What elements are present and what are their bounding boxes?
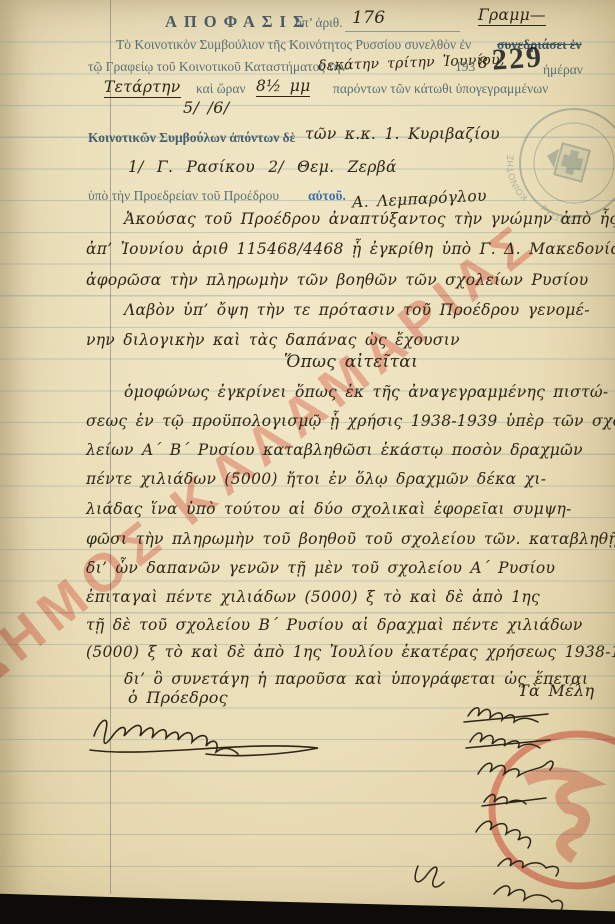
round-blue-stamp: ΚΟΙΝΟΤΗΣ ΡΥΣΣΙΟΥ	[498, 105, 615, 225]
year-printed: 193	[455, 59, 475, 75]
header-line-2-prefix: τῷ Γραφείῳ τοῦ Κοινοτικοῦ Καταστήματος τ…	[88, 59, 347, 75]
body-line: ἀπ’ Ἰουνίου ἀριθ 115468/4468 ᾗ ἐγκρίθη ὑ…	[86, 240, 615, 258]
body-line: λιάδας ἵνα ὑπὸ τούτου αἱ δύο σχολικαὶ ἐφ…	[86, 500, 615, 518]
header-line-3-suffix: παρόντων τῶν κάτωθι ὑπογεγραμμένων	[333, 81, 548, 97]
year-digit-handwritten: 8	[478, 54, 488, 72]
body-line: νην διλογικὴν καὶ τὰς δαπάνας ὡς ἔχουσιν	[86, 331, 615, 349]
presidency-line: ὑπὸ τὴν Προεδρείαν τοῦ Προέδρου	[88, 188, 279, 204]
member-signatures	[398, 698, 615, 913]
svg-text:ΚΟΙΝΟΤΗΣ: ΚΟΙΝΟΤΗΣ	[505, 153, 529, 202]
body-line: ἀφορῶσα τὴν πληρωμὴν τῶν βοηθῶν τῶν σχολ…	[86, 271, 615, 289]
decision-number: 176	[352, 8, 385, 28]
header-line-1: Τὸ Κοινοτικὸν Συμβούλιον τῆς Κοινότητος …	[116, 37, 471, 53]
session-date-handwritten: δεκάτην τρίτην Ἰουνίου,	[318, 52, 505, 75]
decision-number-prefix: ὑπ’ ἀριθ.	[295, 15, 343, 31]
absent-members-handwritten: τῶν κ.κ. 1. Κυριβαζίου	[305, 125, 500, 143]
header-line-3-mid: καὶ ὥραν	[196, 81, 246, 97]
body-line: σεως ἐν τῷ προϋπολογισμῷ ᾗ χρήσις 1938-1…	[86, 412, 615, 430]
session-day-handwritten: Τετάρτην	[104, 78, 181, 98]
body-line: πέντε χιλιάδων (5000) ἤτοι ἐν ὅλῳ δραχμῶ…	[86, 470, 615, 488]
body-line: ἐπιταγαὶ πέντε χιλιάδων (5000) ξ τὸ καὶ …	[86, 588, 615, 606]
page-number-stamp: 229	[491, 40, 544, 77]
body-line: Ἀκούσας τοῦ Προέδρου ἀναπτύξαντος τὴν γν…	[86, 210, 615, 228]
scanned-minutes-page: ΔΗΜΟΣ ΚΑΛΑΜΑΡΙΑΣ ΑΠΟΦΑΣΙΣ ὑπ’ ἀριθ. 176 …	[0, 0, 615, 924]
corner-handwritten-note: Γραμμ—	[478, 6, 546, 26]
president-name-handwritten: Α. Λεμπαρόγλου	[352, 186, 488, 211]
session-time-handwritten: 8½ μμ	[256, 77, 310, 97]
body-line: φῶσι τὴν πληρωμὴν τοῦ βοηθοῦ τοῦ σχολείο…	[86, 530, 615, 548]
body-line: λείων Α΄ Β΄ Ρυσίου καταβληθῶσι ἑκάστῳ πο…	[86, 441, 615, 459]
body-line: δι’ ὧν δαπανῶν γενῶν τῇ μὲν τοῦ σχολείου…	[86, 559, 615, 577]
presidency-emphasis: αὐτοῦ.	[308, 188, 346, 204]
absent-members-list: 1/ Γ. Ρασίκου 2/ Θεμ. Ζερβά	[128, 158, 397, 176]
blue-stamp-text-top: ΚΟΙΝΟΤΗΣ	[505, 153, 529, 202]
president-signature	[88, 702, 348, 762]
number-underline	[345, 31, 460, 32]
absent-members-prefix: Κοινοτικῶν Συμβούλων ἀπόντων δὲ	[88, 130, 295, 146]
body-line: (5000) ξ τὸ καὶ δὲ ἀπὸ 1ης Ἰουλίου ἑκατέ…	[86, 643, 615, 661]
body-line: ὁμοφώνως ἐγκρίνει ὅπως ἐκ τῆς ἀναγεγραμμ…	[86, 383, 615, 401]
body-line: τῇ δὲ τοῦ σχολείου Β΄ Ρυσίου αἱ δραχμαὶ …	[86, 616, 615, 634]
decision-title: ΑΠΟΦΑΣΙΣ	[165, 12, 311, 32]
body-heading: Ὅπως αἰτεῖται	[86, 352, 615, 372]
session-note-handwritten: 5/ /6/	[183, 98, 229, 117]
header-line-2-suffix: ἡμέραν	[543, 62, 583, 78]
body-line: Λαβὸν ὑπ’ ὄψη τὴν τε πρότασιν τοῦ Προέδρ…	[86, 301, 615, 319]
